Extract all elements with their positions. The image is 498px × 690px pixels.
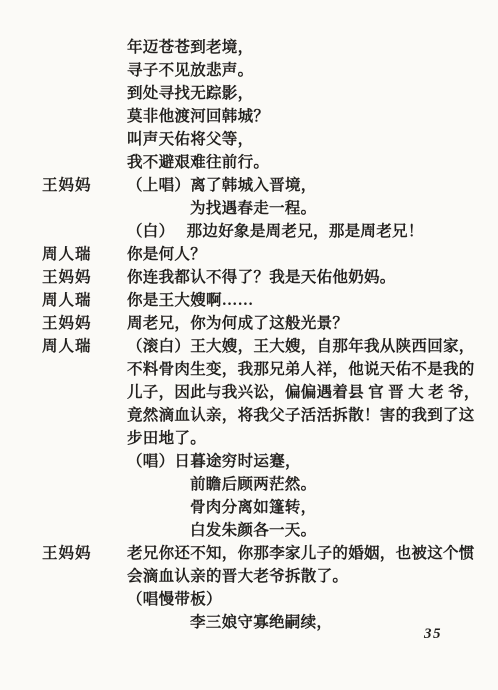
- verse-text: 寻子不见放悲声。: [127, 59, 478, 82]
- verse-text: 骨肉分离如篷转，: [190, 496, 478, 519]
- dialogue-line: 王妈妈 周老兄，你为何成了这般光景？: [42, 312, 478, 335]
- dialogue-line: 王妈妈 （上唱）离了韩城入晋境，: [42, 174, 478, 197]
- speaker-name: 王妈妈: [42, 174, 127, 197]
- dialogue-text: （上唱）离了韩城入晋境，: [127, 174, 478, 197]
- sung-verse-line: 前瞻后顾两茫然。: [42, 473, 478, 496]
- dialogue-text: 你是何人？: [127, 243, 478, 266]
- dialogue-text: 周老兄，你为何成了这般光景？: [127, 312, 478, 335]
- dialogue-text: 竟然滴血认亲，将我父子活活拆散！害的我到了这: [127, 404, 478, 427]
- dialogue-continuation: 儿子，因此与我兴讼，偏偏遇着县 官 晋 大 老 爷，: [42, 381, 478, 404]
- verse-line: 年迈苍苍到老境，: [42, 36, 478, 59]
- verse-line: 到处寻找无踪影，: [42, 82, 478, 105]
- verse-line: 叫声天佑将父等，: [42, 128, 478, 151]
- dialogue-text: 儿子，因此与我兴讼，偏偏遇着县 官 晋 大 老 爷，: [127, 381, 480, 404]
- verse-text: 年迈苍苍到老境，: [127, 36, 478, 59]
- verse-text: （唱）日暮途穷时运蹇，: [127, 450, 478, 473]
- dialogue-text: （滚白）王大嫂，王大嫂，自那年我从陕西回家，: [127, 335, 478, 358]
- speaker-name: 王妈妈: [42, 266, 127, 289]
- verse-text: 到处寻找无踪影，: [127, 82, 478, 105]
- dialogue-text: 老兄你还不知，你那李家儿子的婚姻，也被这个惯: [127, 542, 478, 565]
- dialogue-line: 周人瑞 你是何人？: [42, 243, 478, 266]
- verse-text: 前瞻后顾两茫然。: [190, 473, 478, 496]
- speaker-name: 周人瑞: [42, 289, 127, 312]
- verse-line: 我不避艰难往前行。: [42, 151, 478, 174]
- dialogue-text: 步田地了。: [127, 427, 478, 450]
- verse-text: 我不避艰难往前行。: [127, 151, 478, 174]
- script-page: 年迈苍苍到老境， 寻子不见放悲声。 到处寻找无踪影， 莫非他渡河回韩城？ 叫声天…: [0, 0, 498, 690]
- dialogue-line: 王妈妈 你连我都认不得了？我是天佑他奶妈。: [42, 266, 478, 289]
- dialogue-line: 周人瑞 你是王大嫂啊……: [42, 289, 478, 312]
- dialogue-continuation: 会滴血认亲的晋大老爷拆散了。: [42, 565, 478, 588]
- dialogue-line: 王妈妈 老兄你还不知，你那李家儿子的婚姻，也被这个惯: [42, 542, 478, 565]
- verse-text: 叫声天佑将父等，: [127, 128, 478, 151]
- dialogue-text: 会滴血认亲的晋大老爷拆散了。: [127, 565, 478, 588]
- dialogue-continuation: 竟然滴血认亲，将我父子活活拆散！害的我到了这: [42, 404, 478, 427]
- dialogue-continuation: 步田地了。: [42, 427, 478, 450]
- stage-direction-text: （唱慢带板）: [127, 588, 478, 611]
- verse-text: 莫非他渡河回韩城？: [127, 105, 478, 128]
- dialogue-text: （白） 那边好象是周老兄，那是周老兄！: [127, 220, 478, 243]
- dialogue-text: 你连我都认不得了？我是天佑他奶妈。: [127, 266, 478, 289]
- verse-line: 莫非他渡河回韩城？: [42, 105, 478, 128]
- dialogue-text: 不料骨肉生变，我那兄弟人祥，他说天佑不是我的: [127, 358, 478, 381]
- stage-direction-line: （白） 那边好象是周老兄，那是周老兄！: [42, 220, 478, 243]
- dialogue-line: 周人瑞 （滚白）王大嫂，王大嫂，自那年我从陕西回家，: [42, 335, 478, 358]
- script-content: 年迈苍苍到老境， 寻子不见放悲声。 到处寻找无踪影， 莫非他渡河回韩城？ 叫声天…: [42, 36, 478, 634]
- sung-verse-line: （唱）日暮途穷时运蹇，: [42, 450, 478, 473]
- sung-verse-line: 白发朱颜各一天。: [42, 519, 478, 542]
- speaker-name: 王妈妈: [42, 312, 127, 335]
- sung-verse-line: 李三娘守寡绝嗣续，: [42, 611, 478, 634]
- sung-verse-line: 骨肉分离如篷转，: [42, 496, 478, 519]
- verse-text: 为找遇春走一程。: [190, 197, 478, 220]
- stage-direction-line: （唱慢带板）: [42, 588, 478, 611]
- verse-line: 为找遇春走一程。: [42, 197, 478, 220]
- speaker-name: 周人瑞: [42, 335, 127, 358]
- speaker-name: 王妈妈: [42, 542, 127, 565]
- speaker-name: 周人瑞: [42, 243, 127, 266]
- dialogue-continuation: 不料骨肉生变，我那兄弟人祥，他说天佑不是我的: [42, 358, 478, 381]
- verse-line: 寻子不见放悲声。: [42, 59, 478, 82]
- page-number: 35: [424, 626, 442, 643]
- dialogue-text: 你是王大嫂啊……: [127, 289, 478, 312]
- verse-text: 白发朱颜各一天。: [190, 519, 478, 542]
